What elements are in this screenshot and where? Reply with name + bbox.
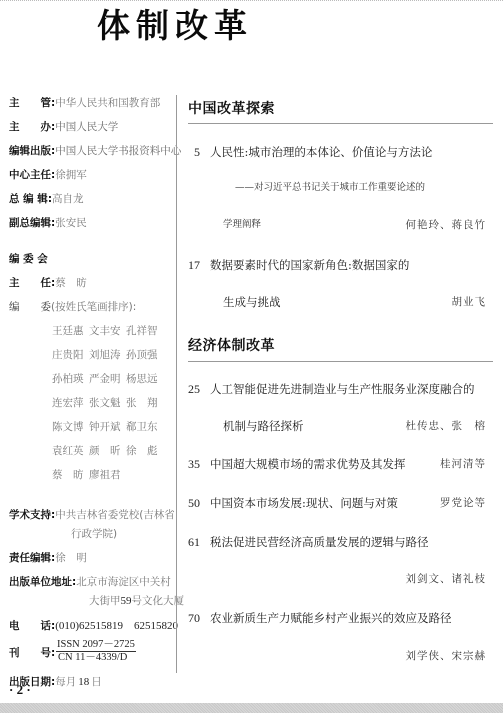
board-members-row: 王廷惠文丰安孔祥智 <box>52 324 163 338</box>
page-bottom-edge <box>0 703 503 713</box>
label: 副总编辑 <box>9 217 51 229</box>
value: 中国人民大学书报资料中心 <box>55 145 181 157</box>
value: 中国人民大学 <box>55 121 118 133</box>
toc-authors: 桂河清等 <box>440 456 486 472</box>
colophon-editing-publishing: 编辑出版:中国人民大学书报资料中心 <box>9 144 181 158</box>
serial-number-fraction: ISSN 2097－2725 CN 11－4339/D <box>56 639 136 664</box>
section-title: 经济体制改革 <box>188 335 275 355</box>
board-members-label: 编 委(按姓氏笔画排序): <box>9 300 136 314</box>
label: 编 委 <box>9 301 51 313</box>
toc-page-number: 50 <box>188 495 210 511</box>
label: 中心主任 <box>9 169 51 181</box>
page-number: · 2 · <box>9 682 31 698</box>
board-members-row: 连宏萍张文魁张 翔 <box>52 396 163 410</box>
toc-title-cont: 机制与路径探析 <box>223 418 304 434</box>
section-title: 中国改革探索 <box>188 98 275 118</box>
toc-authors: 罗党论等 <box>440 495 486 511</box>
toc-subtitle: ——对习近平总书记关于城市工作重要论述的 <box>235 181 425 195</box>
toc-authors: 刘学侠、宋宗赫 <box>406 648 487 664</box>
label: 主 办 <box>9 121 51 133</box>
board-members-row: 孙柏瑛严金明杨思远 <box>52 372 163 386</box>
label: 刊 号 <box>9 647 51 659</box>
value: 中共吉林省委党校(吉林省 <box>55 509 175 521</box>
label: 主 任 <box>9 277 51 289</box>
colophon-responsible-editor: 责任编辑:徐 明 <box>9 551 87 565</box>
section-rule <box>188 361 493 362</box>
toc-page-number: 35 <box>188 456 210 472</box>
toc-title: 农业新质生产力赋能乡村产业振兴的效应及路径 <box>210 611 452 625</box>
value: 蔡 昉 <box>55 277 87 289</box>
toc-authors: 杜传忠、张 榕 <box>406 418 487 434</box>
toc-title-cont: 生成与挑战 <box>223 294 281 310</box>
board-members-row: 庄贵阳刘旭涛孙顶强 <box>52 348 163 362</box>
issn: ISSN 2097－2725 <box>56 639 136 652</box>
colophon-publisher-address: 出版单位地址:北京市海淀区中关村 <box>9 575 171 589</box>
toc-entry[interactable]: 70农业新质生产力赋能乡村产业振兴的效应及路径 <box>188 610 498 626</box>
colophon-serial-number: 刊 号: <box>9 646 55 660</box>
label: 编辑出版 <box>9 145 51 157</box>
colophon-academic-support-cont: 行政学院) <box>71 527 117 541</box>
label: 学术支持 <box>9 509 51 521</box>
colophon-deputy-editor: 副总编辑:张安民 <box>9 216 87 230</box>
label: 出版单位地址 <box>9 576 72 588</box>
colophon-supervisor: 主 管:中华人民共和国教育部 <box>9 96 160 110</box>
toc-page-number: 70 <box>188 610 210 626</box>
toc-authors: 刘剑文、诸礼枝 <box>406 571 487 587</box>
label: 责任编辑 <box>9 552 51 564</box>
value: 高自龙 <box>52 193 84 205</box>
toc-title: 中国超大规模市场的需求优势及其发挥 <box>210 457 406 471</box>
toc-subtitle-cont: 学理阐释 <box>223 218 261 232</box>
colophon-editor-in-chief: 总 编 辑:高自龙 <box>9 192 84 206</box>
value: 张安民 <box>55 217 87 229</box>
value: 徐 明 <box>55 552 87 564</box>
page-top-border <box>0 0 503 2</box>
toc-page-number: 61 <box>188 534 210 550</box>
toc-entry[interactable]: 17数据要素时代的国家新角色:数据国家的 <box>188 257 498 273</box>
cn-number: CN 11－4339/D <box>56 652 136 664</box>
value: (010)62515819 62515820 <box>55 620 178 632</box>
toc-title: 中国资本市场发展:现状、问题与对策 <box>210 496 398 510</box>
column-divider <box>176 95 177 673</box>
toc-entry[interactable]: 61税法促进民营经济高质量发展的逻辑与路径 <box>188 534 498 550</box>
masthead-title: 体制改革 <box>97 6 253 46</box>
colophon-publisher-address-cont: 大街甲59号文化大厦 <box>89 594 184 608</box>
value: 徐拥军 <box>55 169 87 181</box>
toc-page-number: 17 <box>188 257 210 273</box>
editorial-board-heading: 编 委 会 <box>9 252 48 266</box>
label: 主 管 <box>9 97 51 109</box>
colophon-sponsor: 主 办:中国人民大学 <box>9 120 118 134</box>
toc-entry[interactable]: 25人工智能促进先进制造业与生产性服务业深度融合的 <box>188 381 498 397</box>
members-note: (按姓氏笔画排序): <box>51 301 136 313</box>
toc-title: 人民性:城市治理的本体论、价值论与方法论 <box>210 145 432 159</box>
toc-authors: 何艳玲、蒋良竹 <box>406 217 487 233</box>
toc-authors: 胡业飞 <box>452 294 487 310</box>
board-members-row: 蔡 昉廖祖君 <box>52 468 126 482</box>
toc-page-number: 5 <box>188 144 210 160</box>
label: 总 编 辑 <box>9 193 48 205</box>
section-rule <box>188 123 493 124</box>
colophon-center-director: 中心主任:徐拥军 <box>9 168 87 182</box>
toc-title: 税法促进民营经济高质量发展的逻辑与路径 <box>210 535 429 549</box>
value: 北京市海淀区中关村 <box>76 576 171 588</box>
colophon-academic-support: 学术支持:中共吉林省委党校(吉林省 <box>9 508 175 522</box>
label: 电 话 <box>9 620 51 632</box>
board-members-row: 陈文博钟开斌郗卫东 <box>52 420 163 434</box>
colophon-phone: 电 话:(010)62515819 62515820 <box>9 619 178 633</box>
toc-title: 数据要素时代的国家新角色:数据国家的 <box>210 258 409 272</box>
value: 中华人民共和国教育部 <box>55 97 160 109</box>
toc-entry[interactable]: 5人民性:城市治理的本体论、价值论与方法论 <box>188 144 498 160</box>
board-members-row: 袁红英颜 昕徐 彪 <box>52 444 163 458</box>
toc-page-number: 25 <box>188 381 210 397</box>
toc-title: 人工智能促进先进制造业与生产性服务业深度融合的 <box>210 382 475 396</box>
board-director: 主 任:蔡 昉 <box>9 276 87 290</box>
